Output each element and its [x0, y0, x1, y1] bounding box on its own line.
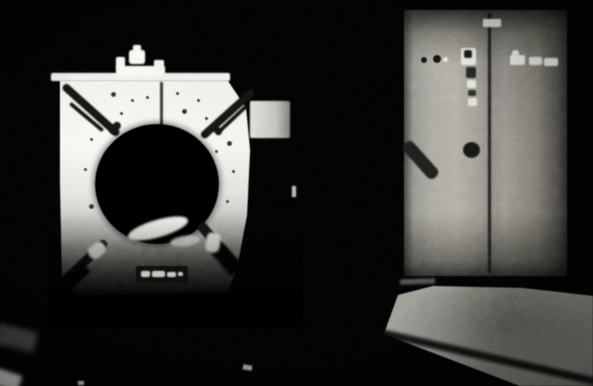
meter-ladder-notch	[464, 50, 472, 58]
top-bracket-right-post	[154, 60, 164, 70]
indicator-lamp-3	[544, 58, 558, 66]
corner-highlight	[0, 368, 22, 386]
gantry-nameplate	[136, 266, 188, 283]
top-bracket-left-post	[116, 57, 125, 69]
cabinet-body	[404, 10, 567, 276]
floor-speck	[243, 364, 253, 370]
indicator-dot-dark-1	[421, 57, 427, 63]
indicator-dot-light	[443, 57, 448, 62]
gantry-side-arm	[250, 101, 290, 138]
meter-ladder-segment	[466, 67, 476, 78]
nameplate-marking	[178, 272, 183, 276]
gantry-bolt-specks	[0, 0, 3, 3]
meter-ladder-segment	[467, 80, 476, 88]
wall-mark	[292, 186, 296, 197]
indicator-lamp-1	[510, 55, 525, 65]
door-knob	[463, 142, 480, 158]
indicator-lamp-2	[529, 57, 542, 65]
top-bracket-nub	[129, 50, 145, 64]
nameplate-marking	[152, 271, 165, 277]
meter-ladder-segment	[468, 90, 476, 96]
photo-scene	[0, 0, 593, 386]
indicator-lamp-1-cap	[512, 50, 519, 56]
photo-layer	[0, 0, 593, 386]
nameplate-marking	[167, 272, 176, 277]
bore-alignment-mark	[160, 82, 163, 126]
floor-speck	[78, 381, 84, 385]
floor-left-patch	[0, 323, 38, 352]
cabinet-door-seam	[488, 13, 491, 273]
top-bracket-nub-cap	[133, 45, 141, 52]
cabinet-nameplate	[483, 19, 501, 27]
meter-ladder-segment	[468, 98, 477, 106]
nameplate-marking	[141, 271, 150, 277]
cabinet-base-highlight	[400, 278, 435, 284]
indicator-dot-dark-2	[433, 55, 441, 63]
